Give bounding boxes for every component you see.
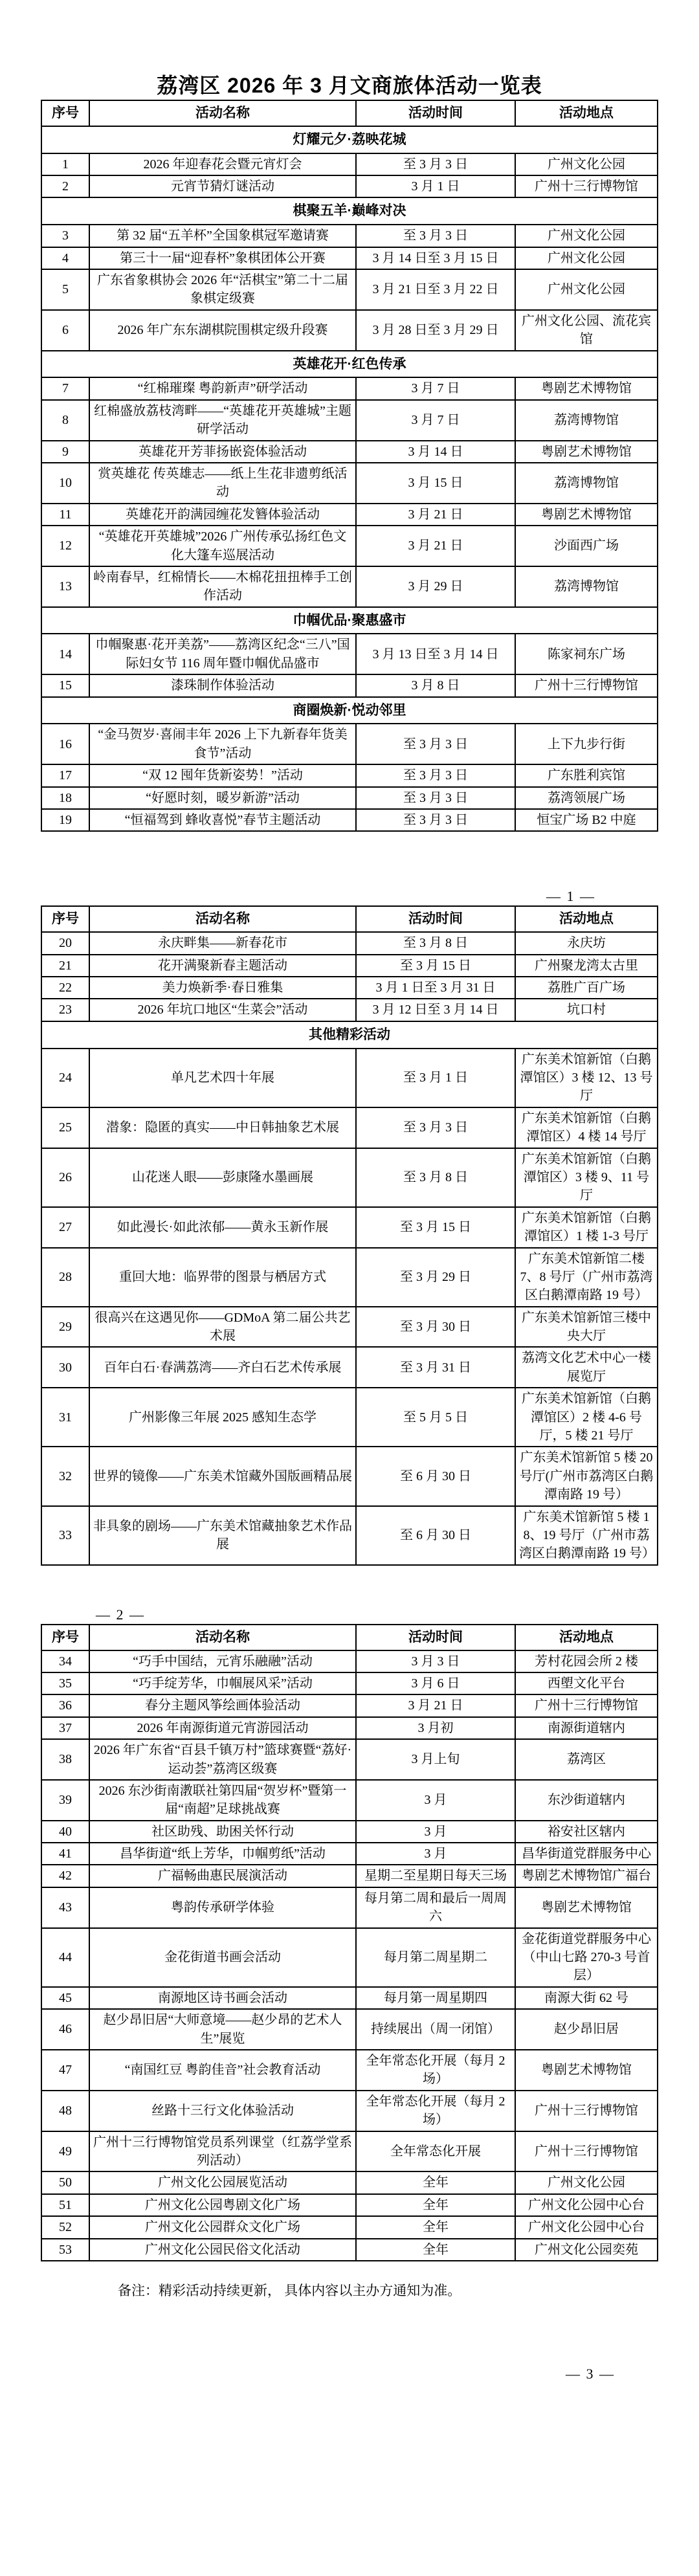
table-row: 12026 年迎春花会暨元宵灯会至 3 月 3 日广州文化公园 <box>41 153 658 175</box>
table-row: 53广州文化公园民俗文化活动全年广州文化公园奕苑 <box>41 2239 658 2261</box>
table-row: 52广州文化公园群众文化广场全年广州文化公园中心台 <box>41 2216 658 2238</box>
table-header: 序号活动名称活动时间活动地点 <box>41 100 658 126</box>
cell-name: 2026 年广东省“百县千镇万村”篮球赛暨“荔好·运动荟”荔湾区级赛 <box>89 1739 356 1780</box>
cell-no: 43 <box>41 1887 89 1928</box>
document-title: 荔湾区 2026 年 3 月文商旅体活动一览表 <box>0 0 699 100</box>
activity-table-page-2: 序号活动名称活动时间活动地点20永庆畔集——新春花市至 3 月 8 日永庆坊21… <box>41 905 658 1565</box>
cell-name: 广东省象棋协会 2026 年“活棋宝”第二十二届象棋定级赛 <box>89 269 356 310</box>
cell-no: 48 <box>41 2091 89 2131</box>
table-row: 9英雄花开芳菲扬嵌瓷体验活动3 月 14 日粤剧艺术博物馆 <box>41 441 658 463</box>
table-row: 36春分主题风筝绘画体验活动3 月 21 日广州十三行博物馆 <box>41 1694 658 1716</box>
cell-name: “好愿时刻，暖岁新游”活动 <box>89 787 356 809</box>
cell-time: 至 3 月 8 日 <box>356 932 515 954</box>
table-row: 20永庆畔集——新春花市至 3 月 8 日永庆坊 <box>41 932 658 954</box>
cell-time: 3 月 21 日 <box>356 1694 515 1716</box>
cell-time: 至 3 月 15 日 <box>356 1207 515 1248</box>
table-row: 25潜象：隐匿的真实——中日韩抽象艺术展至 3 月 3 日广东美术馆新馆（白鹅潭… <box>41 1107 658 1148</box>
cell-no: 30 <box>41 1347 89 1388</box>
remark-note: 备注：精彩活动持续更新， 具体内容以主办方通知为准。 <box>118 2281 699 2300</box>
cell-name: 广州文化公园群众文化广场 <box>89 2216 356 2238</box>
cell-time: 3 月 1 日 <box>356 175 515 197</box>
cell-no: 46 <box>41 2009 89 2050</box>
page-1: 序号活动名称活动时间活动地点灯耀元夕·荔映花城12026 年迎春花会暨元宵灯会至… <box>0 100 699 905</box>
cell-place: 广州文化公园、流花宾馆 <box>515 310 658 351</box>
cell-time: 持续展出（周一闭馆） <box>356 2009 515 2050</box>
cell-time: 至 3 月 3 日 <box>356 153 515 175</box>
cell-no: 47 <box>41 2050 89 2091</box>
table-row: 392026 东沙街南漖联社第四届“贺岁杯”暨第一届“南超”足球挑战赛3 月东沙… <box>41 1780 658 1821</box>
cell-place: 广州文化公园中心台 <box>515 2216 658 2238</box>
cell-no: 23 <box>41 999 89 1021</box>
page-number-3: — 3 — <box>0 2365 699 2383</box>
cell-place: 广州十三行博物馆 <box>515 1694 658 1716</box>
cell-time: 3 月 1 日至 3 月 31 日 <box>356 977 515 999</box>
cell-no: 15 <box>41 674 89 696</box>
cell-no: 5 <box>41 269 89 310</box>
cell-time: 全年常态化开展（每月 2 场） <box>356 2050 515 2091</box>
cell-time: 至 3 月 3 日 <box>356 764 515 786</box>
cell-time: 3 月 21 日 <box>356 526 515 566</box>
section-header: 商圈焕新·悦动邻里 <box>41 697 658 724</box>
cell-time: 3 月上旬 <box>356 1739 515 1780</box>
cell-time: 3 月 28 日至 3 月 29 日 <box>356 310 515 351</box>
cell-no: 40 <box>41 1821 89 1843</box>
cell-time: 3 月 12 日至 3 月 14 日 <box>356 999 515 1021</box>
cell-no: 18 <box>41 787 89 809</box>
column-header-0: 序号 <box>41 1625 89 1650</box>
cell-time: 3 月 8 日 <box>356 674 515 696</box>
cell-place: 粤剧艺术博物馆 <box>515 377 658 399</box>
cell-place: 广东美术馆新馆（白鹅潭馆区）3 楼 9、11 号厅 <box>515 1148 658 1207</box>
cell-place: 广州文化公园中心台 <box>515 2194 658 2216</box>
column-header-0: 序号 <box>41 100 89 126</box>
cell-time: 3 月 7 日 <box>356 377 515 399</box>
table-row: 34“巧手中国结，元宵乐融融”活动3 月 3 日芳村花园会所 2 楼 <box>41 1650 658 1672</box>
cell-name: “南国红豆 粤韵佳音”社会教育活动 <box>89 2050 356 2091</box>
cell-name: 美力焕新季·春日雅集 <box>89 977 356 999</box>
cell-place: 广州十三行博物馆 <box>515 2091 658 2131</box>
column-header-2: 活动时间 <box>356 100 515 126</box>
cell-name: 巾帼聚惠·花开美荔”——荔湾区纪念“三八”国际妇女节 116 周年暨巾帼优品盛市 <box>89 634 356 674</box>
table-row: 28重回大地：临界带的图景与栖居方式至 3 月 29 日广东美术馆新馆二楼 7、… <box>41 1248 658 1307</box>
cell-no: 14 <box>41 634 89 674</box>
cell-no: 51 <box>41 2194 89 2216</box>
cell-no: 28 <box>41 1248 89 1307</box>
cell-time: 星期二至星期日每天三场 <box>356 1865 515 1887</box>
section-row: 商圈焕新·悦动邻里 <box>41 697 658 724</box>
table-row: 5广东省象棋协会 2026 年“活棋宝”第二十二届象棋定级赛3 月 21 日至 … <box>41 269 658 310</box>
table-row: 4第三十一届“迎春杯”象棋团体公开赛3 月 14 日至 3 月 15 日广州文化… <box>41 247 658 269</box>
column-header-3: 活动地点 <box>515 906 658 932</box>
section-header: 棋聚五羊·巅峰对决 <box>41 197 658 225</box>
column-header-3: 活动地点 <box>515 1625 658 1650</box>
cell-time: 至 3 月 8 日 <box>356 1148 515 1207</box>
cell-no: 31 <box>41 1388 89 1447</box>
cell-name: 如此漫长·如此浓郁——黄永玉新作展 <box>89 1207 356 1248</box>
cell-no: 8 <box>41 400 89 441</box>
cell-no: 24 <box>41 1049 89 1107</box>
section-row: 棋聚五羊·巅峰对决 <box>41 197 658 225</box>
table-row: 48丝路十三行文化体验活动全年常态化开展（每月 2 场）广州十三行博物馆 <box>41 2091 658 2131</box>
cell-name: 花开满聚新春主题活动 <box>89 955 356 977</box>
cell-name: 广州文化公园民俗文化活动 <box>89 2239 356 2261</box>
cell-name: 单凡艺术四十年展 <box>89 1049 356 1107</box>
cell-no: 36 <box>41 1694 89 1716</box>
cell-place: 西塱文化平台 <box>515 1672 658 1694</box>
cell-name: 赵少昂旧居“大师意境——赵少昂的艺术人生”展览 <box>89 2009 356 2050</box>
cell-time: 至 3 月 15 日 <box>356 955 515 977</box>
cell-name: 百年白石·春满荔湾——齐白石艺术传承展 <box>89 1347 356 1388</box>
cell-time: 全年常态化开展（每月 2 场） <box>356 2091 515 2131</box>
cell-name: “双 12 囤年货新姿势！”活动 <box>89 764 356 786</box>
cell-place: 粤剧艺术博物馆 <box>515 1887 658 1928</box>
cell-name: 昌华街道“纸上芳华，巾帼剪纸”活动 <box>89 1843 356 1865</box>
column-header-0: 序号 <box>41 906 89 932</box>
cell-place: 广东美术馆新馆（白鹅潭馆区）1 楼 1-3 号厅 <box>515 1207 658 1248</box>
section-row: 巾帼优品·聚惠盛市 <box>41 607 658 634</box>
cell-time: 至 3 月 31 日 <box>356 1347 515 1388</box>
cell-time: 至 3 月 3 日 <box>356 225 515 247</box>
cell-time: 3 月 <box>356 1780 515 1821</box>
cell-time: 至 5 月 5 日 <box>356 1388 515 1447</box>
cell-name: 重回大地：临界带的图景与栖居方式 <box>89 1248 356 1307</box>
cell-place: 广州文化公园 <box>515 153 658 175</box>
table-row: 42广福畅曲惠民展演活动星期二至星期日每天三场粤剧艺术博物馆广福台 <box>41 1865 658 1887</box>
cell-time: 至 3 月 3 日 <box>356 809 515 831</box>
cell-time: 至 6 月 30 日 <box>356 1506 515 1565</box>
cell-name: 世界的镜像——广东美术馆藏外国版画精品展 <box>89 1447 356 1505</box>
cell-name: 2026 年迎春花会暨元宵灯会 <box>89 153 356 175</box>
table-row: 44金花街道书画会活动每月第二周星期二金花街道党群服务中心（中山七路 270-3… <box>41 1928 658 1987</box>
document: 荔湾区 2026 年 3 月文商旅体活动一览表 序号活动名称活动时间活动地点灯耀… <box>0 0 699 2576</box>
cell-place: 粤剧艺术博物馆 <box>515 441 658 463</box>
page-2: 序号活动名称活动时间活动地点20永庆畔集——新春花市至 3 月 8 日永庆坊21… <box>0 905 699 1623</box>
cell-no: 1 <box>41 153 89 175</box>
table-row: 8红棉盛放荔枝湾畔——“英雄花开英雄城”主题研学活动3 月 7 日荔湾博物馆 <box>41 400 658 441</box>
cell-place: 荔胜广百广场 <box>515 977 658 999</box>
cell-time: 至 3 月 3 日 <box>356 724 515 764</box>
cell-time: 3 月 15 日 <box>356 463 515 504</box>
cell-time: 3 月 14 日至 3 月 15 日 <box>356 247 515 269</box>
cell-place: 广州十三行博物馆 <box>515 175 658 197</box>
section-header: 其他精彩活动 <box>41 1021 658 1049</box>
cell-place: 荔湾区 <box>515 1739 658 1780</box>
table-row: 40社区助残、助困关怀行动3 月裕安社区辖内 <box>41 1821 658 1843</box>
table-row: 14巾帼聚惠·花开美荔”——荔湾区纪念“三八”国际妇女节 116 周年暨巾帼优品… <box>41 634 658 674</box>
activity-table-page-1: 序号活动名称活动时间活动地点灯耀元夕·荔映花城12026 年迎春花会暨元宵灯会至… <box>41 100 658 832</box>
table-row: 43粤韵传承研学体验每月第二周和最后一周周六粤剧艺术博物馆 <box>41 1887 658 1928</box>
cell-place: 广东美术馆新馆（白鹅潭馆区）3 楼 12、13 号厅 <box>515 1049 658 1107</box>
cell-place: 南源街道辖内 <box>515 1717 658 1739</box>
cell-time: 3 月 29 日 <box>356 566 515 607</box>
cell-time: 3 月 14 日 <box>356 441 515 463</box>
table-row: 46赵少昂旧居“大师意境——赵少昂的艺术人生”展览持续展出（周一闭馆）赵少昂旧居 <box>41 2009 658 2050</box>
cell-place: 荔湾文化艺术中心一楼展览厅 <box>515 1347 658 1388</box>
cell-name: 春分主题风筝绘画体验活动 <box>89 1694 356 1716</box>
cell-name: 红棉盛放荔枝湾畔——“英雄花开英雄城”主题研学活动 <box>89 400 356 441</box>
table-row: 21花开满聚新春主题活动至 3 月 15 日广州聚龙湾太古里 <box>41 955 658 977</box>
table-row: 33非具象的剧场——广东美术馆藏抽象艺术作品展至 6 月 30 日广东美术馆新馆… <box>41 1506 658 1565</box>
cell-name: 岭南春早，红棉情长——木棉花扭扭棒手工创作活动 <box>89 566 356 607</box>
cell-no: 33 <box>41 1506 89 1565</box>
cell-no: 52 <box>41 2216 89 2238</box>
cell-place: 东沙街道辖内 <box>515 1780 658 1821</box>
cell-no: 12 <box>41 526 89 566</box>
table-row: 11英雄花开韵满园缠花发簪体验活动3 月 21 日粤剧艺术博物馆 <box>41 504 658 526</box>
section-header: 巾帼优品·聚惠盛市 <box>41 607 658 634</box>
cell-name: 永庆畔集——新春花市 <box>89 932 356 954</box>
cell-name: “巧手绽芳华，巾帼展风采”活动 <box>89 1672 356 1694</box>
table-row: 19“恒福驾到 蜂收喜悦”春节主题活动至 3 月 3 日恒宝广场 B2 中庭 <box>41 809 658 831</box>
cell-no: 27 <box>41 1207 89 1248</box>
cell-place: 南源大街 62 号 <box>515 1987 658 2009</box>
cell-time: 3 月 3 日 <box>356 1650 515 1672</box>
table-row: 18“好愿时刻，暖岁新游”活动至 3 月 3 日荔湾领展广场 <box>41 787 658 809</box>
cell-no: 22 <box>41 977 89 999</box>
cell-name: 潜象：隐匿的真实——中日韩抽象艺术展 <box>89 1107 356 1148</box>
cell-name: “巧手中国结，元宵乐融融”活动 <box>89 1650 356 1672</box>
cell-time: 至 3 月 29 日 <box>356 1248 515 1307</box>
cell-name: 社区助残、助困关怀行动 <box>89 1821 356 1843</box>
column-header-1: 活动名称 <box>89 906 356 932</box>
cell-no: 39 <box>41 1780 89 1821</box>
table-body: 20永庆畔集——新春花市至 3 月 8 日永庆坊21花开满聚新春主题活动至 3 … <box>41 932 658 1565</box>
cell-no: 19 <box>41 809 89 831</box>
header-row: 序号活动名称活动时间活动地点 <box>41 100 658 126</box>
table-row: 16“金马贺岁·喜闹丰年 2026 上下九新春年货美食节”活动至 3 月 3 日… <box>41 724 658 764</box>
table-row: 15漆珠制作体验活动3 月 8 日广州十三行博物馆 <box>41 674 658 696</box>
cell-no: 21 <box>41 955 89 977</box>
cell-place: 荔湾博物馆 <box>515 566 658 607</box>
cell-no: 44 <box>41 1928 89 1987</box>
cell-name: 非具象的剧场——广东美术馆藏抽象艺术作品展 <box>89 1506 356 1565</box>
cell-time: 全年 <box>356 2216 515 2238</box>
table-row: 62026 年广东东湖棋院围棋定级升段赛3 月 28 日至 3 月 29 日广州… <box>41 310 658 351</box>
cell-name: 广州影像三年展 2025 感知生态学 <box>89 1388 356 1447</box>
cell-no: 9 <box>41 441 89 463</box>
table-row: 22美力焕新季·春日雅集3 月 1 日至 3 月 31 日荔胜广百广场 <box>41 977 658 999</box>
cell-place: 广州文化公园 <box>515 269 658 310</box>
column-header-3: 活动地点 <box>515 100 658 126</box>
cell-place: 广东美术馆新馆 5 楼 20 号厅(广州市荔湾区白鹅潭南路 19 号） <box>515 1447 658 1505</box>
cell-name: 2026 年坑口地区“生菜会”活动 <box>89 999 356 1021</box>
cell-no: 7 <box>41 377 89 399</box>
cell-name: 南源地区诗书画会活动 <box>89 1987 356 2009</box>
table-row: 10赏英雄花 传英雄志——纸上生花非遗剪纸活动3 月 15 日荔湾博物馆 <box>41 463 658 504</box>
cell-name: 粤韵传承研学体验 <box>89 1887 356 1928</box>
cell-no: 49 <box>41 2131 89 2172</box>
table-row: 26山花迷人眼——彭康隆水墨画展至 3 月 8 日广东美术馆新馆（白鹅潭馆区）3… <box>41 1148 658 1207</box>
cell-time: 3 月 21 日 <box>356 504 515 526</box>
cell-name: 元宵节猜灯谜活动 <box>89 175 356 197</box>
cell-place: 广东胜利宾馆 <box>515 764 658 786</box>
cell-name: 丝路十三行文化体验活动 <box>89 2091 356 2131</box>
table-row: 232026 年坑口地区“生菜会”活动3 月 12 日至 3 月 14 日坑口村 <box>41 999 658 1021</box>
table-row: 41昌华街道“纸上芳华，巾帼剪纸”活动3 月昌华街道党群服务中心 <box>41 1843 658 1865</box>
column-header-1: 活动名称 <box>89 1625 356 1650</box>
table-row: 2元宵节猜灯谜活动3 月 1 日广州十三行博物馆 <box>41 175 658 197</box>
cell-no: 17 <box>41 764 89 786</box>
cell-time: 全年 <box>356 2171 515 2193</box>
cell-place: 金花街道党群服务中心（中山七路 270-3 号首层） <box>515 1928 658 1987</box>
header-row: 序号活动名称活动时间活动地点 <box>41 1625 658 1650</box>
table-row: 35“巧手绽芳华，巾帼展风采”活动3 月 6 日西塱文化平台 <box>41 1672 658 1694</box>
cell-no: 11 <box>41 504 89 526</box>
cell-time: 至 3 月 3 日 <box>356 787 515 809</box>
table-row: 51广州文化公园粤剧文化广场全年广州文化公园中心台 <box>41 2194 658 2216</box>
table-row: 17“双 12 囤年货新姿势！”活动至 3 月 3 日广东胜利宾馆 <box>41 764 658 786</box>
cell-time: 3 月 21 日至 3 月 22 日 <box>356 269 515 310</box>
cell-no: 35 <box>41 1672 89 1694</box>
section-row: 灯耀元夕·荔映花城 <box>41 126 658 153</box>
cell-name: 英雄花开芳菲扬嵌瓷体验活动 <box>89 441 356 463</box>
cell-time: 至 6 月 30 日 <box>356 1447 515 1505</box>
table-body: 34“巧手中国结，元宵乐融融”活动3 月 3 日芳村花园会所 2 楼35“巧手绽… <box>41 1650 658 2261</box>
cell-name: 广福畅曲惠民展演活动 <box>89 1865 356 1887</box>
cell-place: 广州文化公园 <box>515 247 658 269</box>
cell-no: 42 <box>41 1865 89 1887</box>
table-row: 29很高兴在这遇见你——GDMoA 第二届公共艺术展至 3 月 30 日广东美术… <box>41 1307 658 1348</box>
cell-place: 广州文化公园奕苑 <box>515 2239 658 2261</box>
cell-name: “恒福驾到 蜂收喜悦”春节主题活动 <box>89 809 356 831</box>
cell-time: 3 月 <box>356 1843 515 1865</box>
section-header: 英雄花开·红色传承 <box>41 351 658 378</box>
cell-name: 第 32 届“五羊杯”全国象棋冠军邀请赛 <box>89 225 356 247</box>
cell-place: 广州十三行博物馆 <box>515 2131 658 2172</box>
cell-no: 50 <box>41 2171 89 2193</box>
cell-place: 荔湾博物馆 <box>515 400 658 441</box>
cell-no: 34 <box>41 1650 89 1672</box>
cell-place: 裕安社区辖内 <box>515 1821 658 1843</box>
table-row: 12“英雄花开英雄城”2026 广州传承弘扬红色文化大篷车巡展活动3 月 21 … <box>41 526 658 566</box>
column-header-2: 活动时间 <box>356 906 515 932</box>
cell-no: 45 <box>41 1987 89 2009</box>
cell-place: 沙面西广场 <box>515 526 658 566</box>
cell-time: 至 3 月 1 日 <box>356 1049 515 1107</box>
cell-place: 广东美术馆新馆三楼中央大厅 <box>515 1307 658 1348</box>
table-row: 13岭南春早，红棉情长——木棉花扭扭棒手工创作活动3 月 29 日荔湾博物馆 <box>41 566 658 607</box>
cell-time: 每月第二周和最后一周周六 <box>356 1887 515 1928</box>
table-row: 27如此漫长·如此浓郁——黄永玉新作展至 3 月 15 日广东美术馆新馆（白鹅潭… <box>41 1207 658 1248</box>
cell-time: 全年常态化开展 <box>356 2131 515 2172</box>
cell-place: 昌华街道党群服务中心 <box>515 1843 658 1865</box>
cell-place: 广州文化公园 <box>515 2171 658 2193</box>
table-row: 7“红棉璀璨 粤韵新声”研学活动3 月 7 日粤剧艺术博物馆 <box>41 377 658 399</box>
page-number-1: — 1 — <box>0 887 699 905</box>
cell-place: 广东美术馆新馆（白鹅潭馆区）4 楼 14 号厅 <box>515 1107 658 1148</box>
cell-name: 金花街道书画会活动 <box>89 1928 356 1987</box>
cell-no: 20 <box>41 932 89 954</box>
table-row: 24单凡艺术四十年展至 3 月 1 日广东美术馆新馆（白鹅潭馆区）3 楼 12、… <box>41 1049 658 1107</box>
cell-no: 3 <box>41 225 89 247</box>
cell-time: 每月第二周星期二 <box>356 1928 515 1987</box>
cell-name: 2026 年南源街道元宵游园活动 <box>89 1717 356 1739</box>
cell-no: 4 <box>41 247 89 269</box>
header-row: 序号活动名称活动时间活动地点 <box>41 906 658 932</box>
cell-name: “红棉璀璨 粤韵新声”研学活动 <box>89 377 356 399</box>
cell-name: 赏英雄花 传英雄志——纸上生花非遗剪纸活动 <box>89 463 356 504</box>
cell-no: 37 <box>41 1717 89 1739</box>
cell-place: 芳村花园会所 2 楼 <box>515 1650 658 1672</box>
cell-time: 3 月 13 日至 3 月 14 日 <box>356 634 515 674</box>
cell-place: 广州十三行博物馆 <box>515 674 658 696</box>
cell-place: 广州聚龙湾太古里 <box>515 955 658 977</box>
cell-time: 3 月 <box>356 1821 515 1843</box>
cell-no: 6 <box>41 310 89 351</box>
cell-place: 广东美术馆新馆（白鹅潭馆区）2 楼 4-6 号厅，5 楼 21 号厅 <box>515 1388 658 1447</box>
column-header-1: 活动名称 <box>89 100 356 126</box>
cell-place: 赵少昂旧居 <box>515 2009 658 2050</box>
cell-no: 38 <box>41 1739 89 1780</box>
cell-name: 英雄花开韵满园缠花发簪体验活动 <box>89 504 356 526</box>
cell-no: 41 <box>41 1843 89 1865</box>
table-row: 382026 年广东省“百县千镇万村”篮球赛暨“荔好·运动荟”荔湾区级赛3 月上… <box>41 1739 658 1780</box>
cell-time: 3 月初 <box>356 1717 515 1739</box>
table-row: 31广州影像三年展 2025 感知生态学至 5 月 5 日广东美术馆新馆（白鹅潭… <box>41 1388 658 1447</box>
cell-name: 2026 年广东东湖棋院围棋定级升段赛 <box>89 310 356 351</box>
cell-name: 山花迷人眼——彭康隆水墨画展 <box>89 1148 356 1207</box>
cell-name: 广州文化公园展览活动 <box>89 2171 356 2193</box>
section-row: 其他精彩活动 <box>41 1021 658 1049</box>
cell-place: 上下九步行街 <box>515 724 658 764</box>
cell-name: 广州文化公园粤剧文化广场 <box>89 2194 356 2216</box>
cell-place: 荔湾领展广场 <box>515 787 658 809</box>
cell-name: 2026 东沙街南漖联社第四届“贺岁杯”暨第一届“南超”足球挑战赛 <box>89 1780 356 1821</box>
cell-no: 10 <box>41 463 89 504</box>
cell-name: 很高兴在这遇见你——GDMoA 第二届公共艺术展 <box>89 1307 356 1348</box>
table-header: 序号活动名称活动时间活动地点 <box>41 1625 658 1650</box>
cell-time: 每月第一周星期四 <box>356 1987 515 2009</box>
cell-time: 至 3 月 3 日 <box>356 1107 515 1148</box>
section-row: 英雄花开·红色传承 <box>41 351 658 378</box>
cell-place: 粤剧艺术博物馆 <box>515 2050 658 2091</box>
cell-name: 第三十一届“迎春杯”象棋团体公开赛 <box>89 247 356 269</box>
cell-place: 陈家祠东广场 <box>515 634 658 674</box>
cell-time: 全年 <box>356 2239 515 2261</box>
table-row: 49广州十三行博物馆党员系列课堂（红荔学堂系列活动）全年常态化开展广州十三行博物… <box>41 2131 658 2172</box>
cell-name: 广州十三行博物馆党员系列课堂（红荔学堂系列活动） <box>89 2131 356 2172</box>
cell-no: 25 <box>41 1107 89 1148</box>
cell-time: 3 月 6 日 <box>356 1672 515 1694</box>
cell-place: 荔湾博物馆 <box>515 463 658 504</box>
cell-time: 至 3 月 30 日 <box>356 1307 515 1348</box>
cell-no: 26 <box>41 1148 89 1207</box>
page-number-2: — 2 — <box>0 1606 699 1624</box>
section-header: 灯耀元夕·荔映花城 <box>41 126 658 153</box>
cell-place: 广州文化公园 <box>515 225 658 247</box>
page-3: 序号活动名称活动时间活动地点34“巧手中国结，元宵乐融融”活动3 月 3 日芳村… <box>0 1624 699 2383</box>
table-row: 372026 年南源街道元宵游园活动3 月初南源街道辖内 <box>41 1717 658 1739</box>
table-row: 50广州文化公园展览活动全年广州文化公园 <box>41 2171 658 2193</box>
cell-no: 53 <box>41 2239 89 2261</box>
cell-no: 32 <box>41 1447 89 1505</box>
cell-place: 广东美术馆新馆 5 楼 18、19 号厅（广州市荔湾区白鹅潭南路 19 号） <box>515 1506 658 1565</box>
table-row: 45南源地区诗书画会活动每月第一周星期四南源大街 62 号 <box>41 1987 658 2009</box>
cell-place: 永庆坊 <box>515 932 658 954</box>
table-body: 灯耀元夕·荔映花城12026 年迎春花会暨元宵灯会至 3 月 3 日广州文化公园… <box>41 126 658 832</box>
activity-table-page-3: 序号活动名称活动时间活动地点34“巧手中国结，元宵乐融融”活动3 月 3 日芳村… <box>41 1624 658 2261</box>
cell-no: 29 <box>41 1307 89 1348</box>
cell-place: 坑口村 <box>515 999 658 1021</box>
cell-place: 粤剧艺术博物馆广福台 <box>515 1865 658 1887</box>
cell-no: 16 <box>41 724 89 764</box>
column-header-2: 活动时间 <box>356 1625 515 1650</box>
cell-name: 漆珠制作体验活动 <box>89 674 356 696</box>
cell-time: 全年 <box>356 2194 515 2216</box>
table-row: 47“南国红豆 粤韵佳音”社会教育活动全年常态化开展（每月 2 场）粤剧艺术博物… <box>41 2050 658 2091</box>
cell-no: 13 <box>41 566 89 607</box>
cell-no: 2 <box>41 175 89 197</box>
